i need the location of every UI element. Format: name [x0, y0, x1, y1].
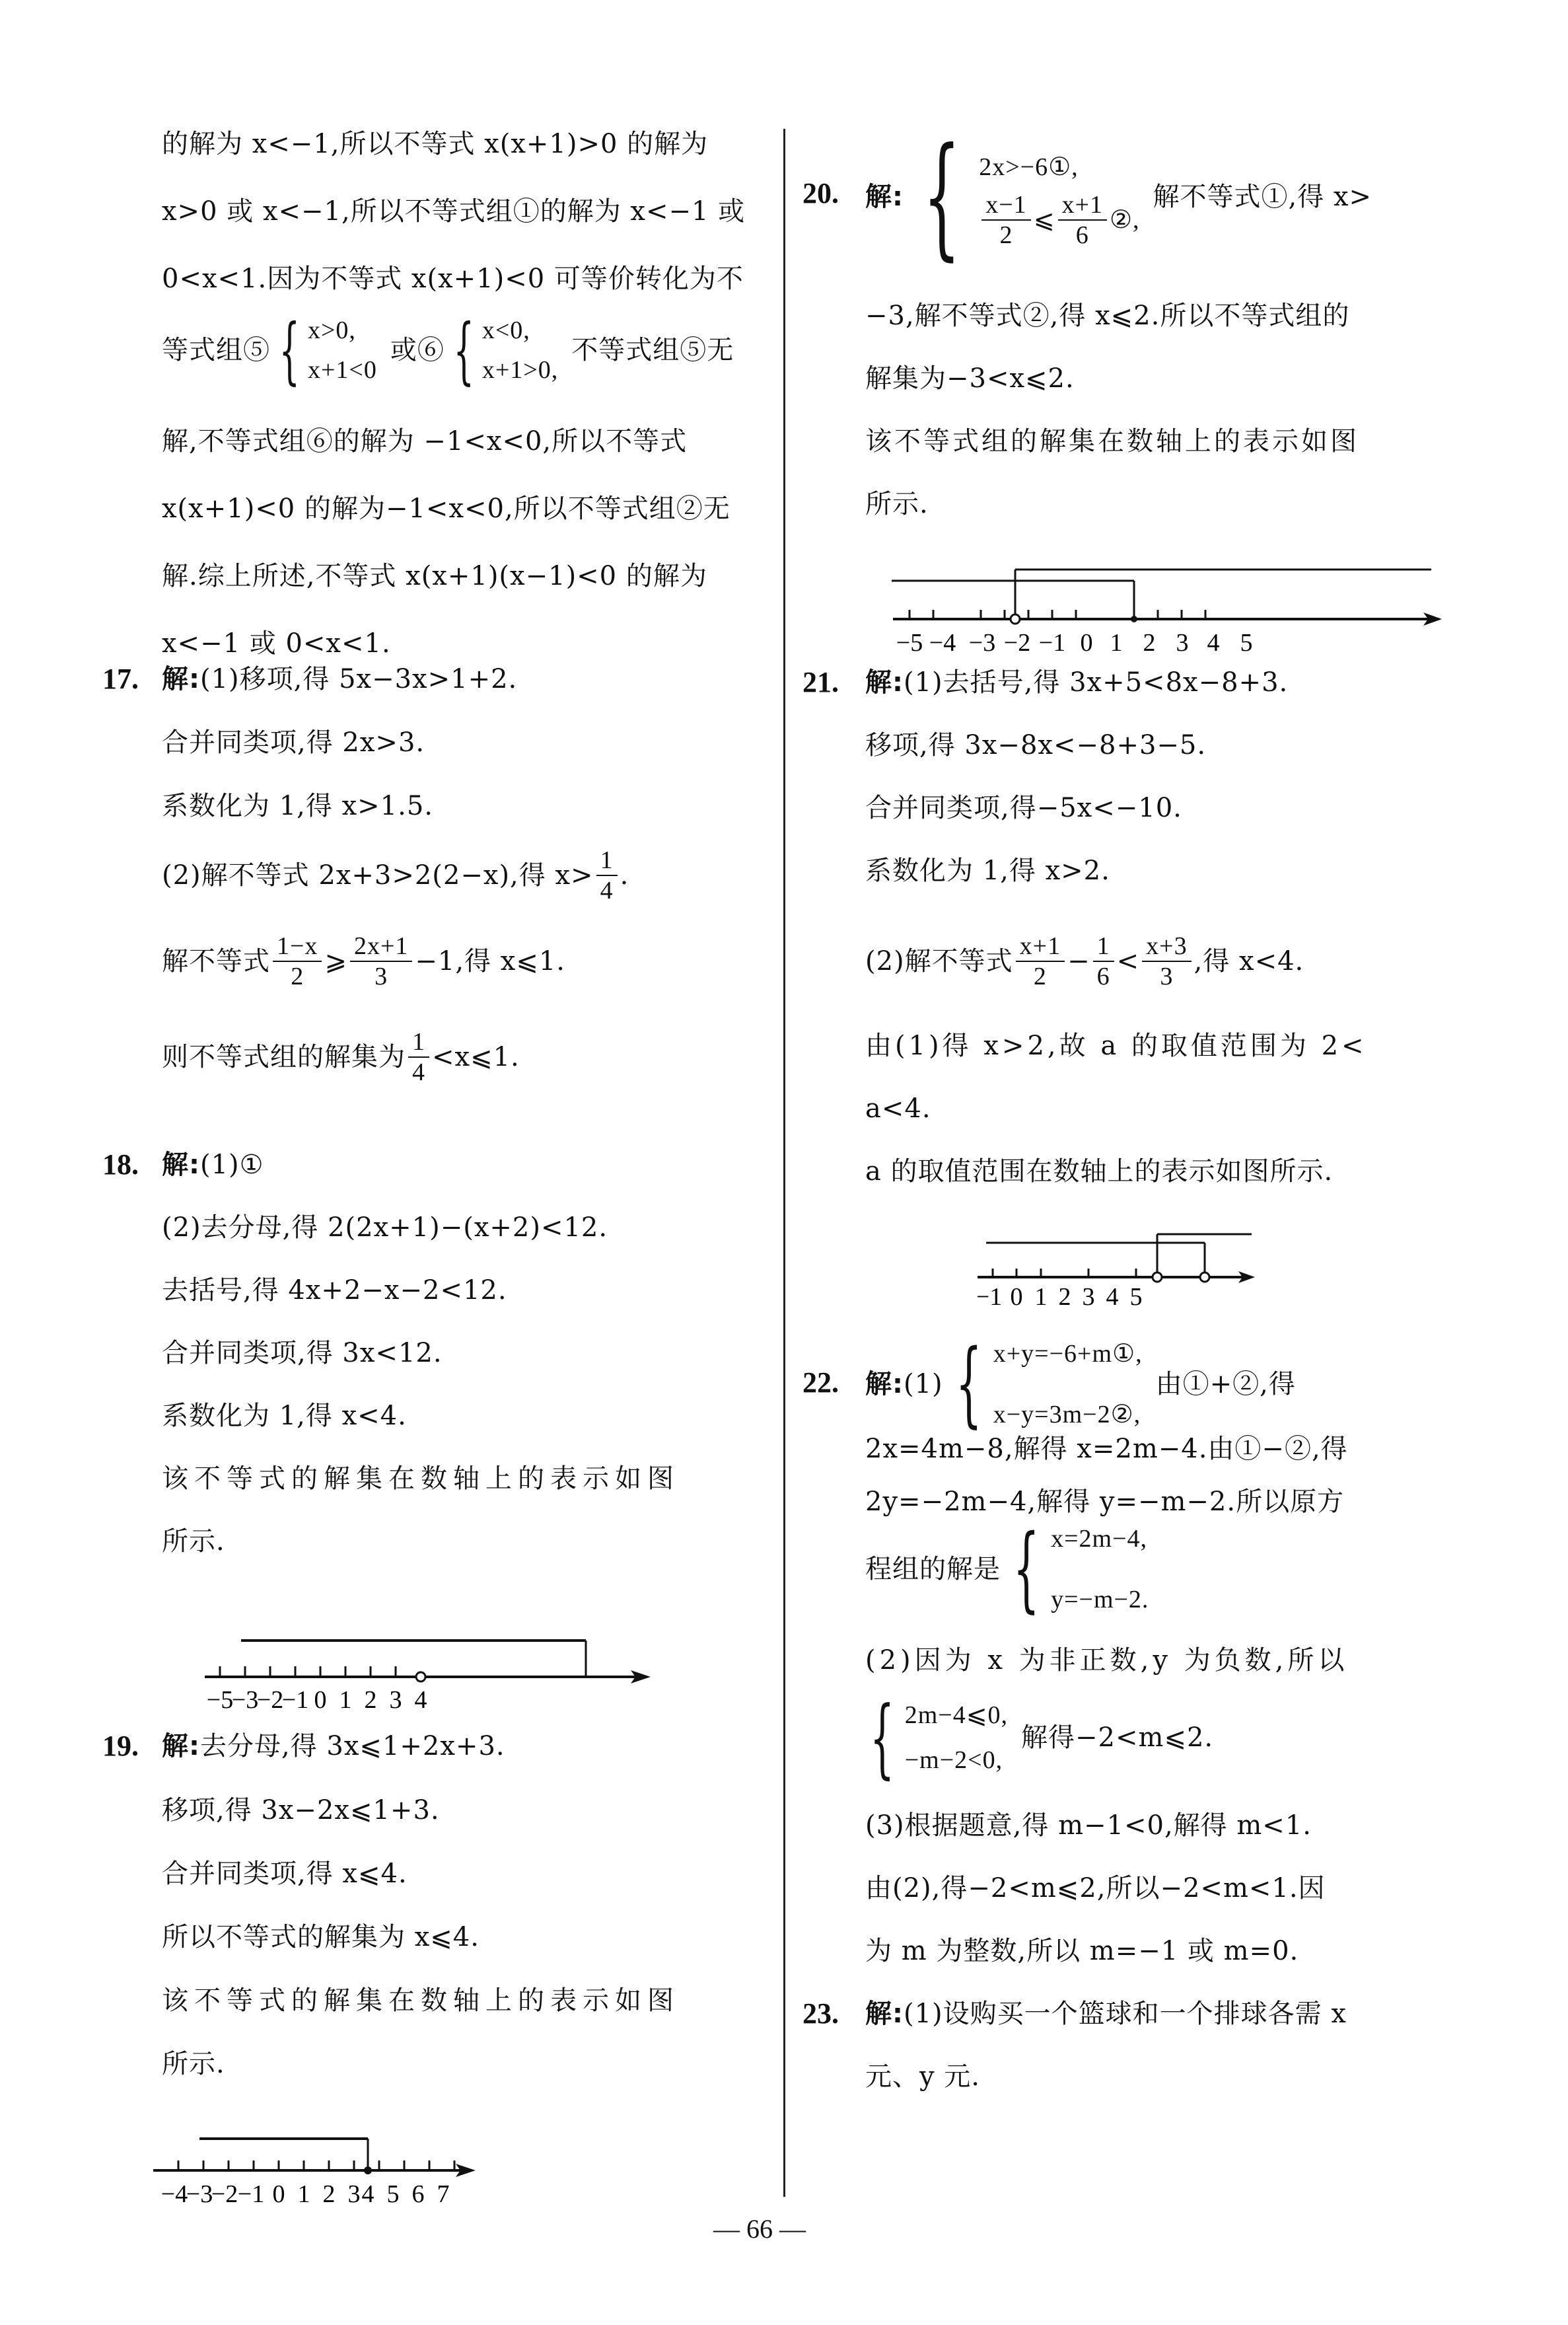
system-line: 等式组⑤ { x>0, x+1<0 或⑥ { x<0, x+1>0, 不等式组⑤… [162, 311, 734, 390]
svg-text:−3: −3 [186, 2180, 213, 2208]
text-fragment: 解不等式①,得 x> [1153, 178, 1372, 215]
denominator: 2 [999, 221, 1013, 250]
text-line: 移项,得 3x−8x<−8+3−5. [865, 727, 1206, 764]
svg-text:−3: −3 [969, 629, 995, 657]
text-line: 该不等式的解集在数轴上的表示如图 [162, 1982, 680, 2019]
text-fragment: (1)去括号,得 3x+5<8x−8+3. [904, 667, 1288, 698]
problem-number: 17. [102, 661, 139, 698]
left-brace-icon: { [1013, 1523, 1040, 1615]
system-row: x+1<0 [308, 350, 377, 390]
equation-system: { x=2m−4, y=−m−2. [1001, 1508, 1149, 1630]
svg-text:3: 3 [1083, 1283, 1095, 1308]
text-fragment: (1)① [200, 1150, 264, 1180]
text-line: (2)解不等式 2x+3>2(2−x),得 x> 14 . [162, 839, 629, 912]
text-line: 移项,得 3x−2x⩽1+3. [162, 1792, 440, 1829]
text-fragment: 解不等式 [162, 943, 270, 980]
text-line: 所以不等式的解集为 x⩽4. [162, 1919, 480, 1956]
svg-text:4: 4 [1207, 629, 1220, 657]
text-fragment: ②, [1110, 197, 1140, 243]
text-fragment: 等式组⑤ [162, 332, 270, 369]
text-line: 由(1)得 x>2,故 a 的取值范围为 2< [865, 1027, 1367, 1064]
svg-text:3: 3 [348, 2180, 361, 2208]
text-line: 为 m 为整数,所以 m=−1 或 m=0. [865, 1933, 1299, 1970]
text-fragment: ,得 x<4. [1194, 943, 1304, 980]
svg-text:−1: −1 [978, 1283, 1002, 1308]
text-line: 解:(1)去括号,得 3x+5<8x−8+3. [865, 664, 1288, 701]
text-fragment: 或⑥ [390, 332, 445, 369]
equation-system: { x+y=−6+m①, x−y=3m−2②, [943, 1323, 1143, 1445]
text-line: 则不等式组的解集为 14 <x⩽1. [162, 1021, 520, 1093]
text-fragment: 则不等式组的解集为 [162, 1039, 406, 1076]
inequality-system: { x<0, x+1>0, [445, 311, 558, 390]
text-line: 元、y 元. [865, 2058, 980, 2095]
text-fragment: −1,得 x⩽1. [415, 943, 565, 980]
fraction: 14 [596, 846, 618, 905]
text-fragment: 程组的解是 [865, 1551, 1001, 1588]
text-fragment: < [1117, 943, 1140, 980]
fraction: x−12 [981, 190, 1030, 250]
text-line: 去括号,得 4x+2−x−2<12. [162, 1272, 507, 1309]
text-fragment: 解得−2<m⩽2. [1021, 1719, 1213, 1756]
denominator: 4 [600, 876, 614, 905]
fraction: x+12 [1016, 932, 1065, 991]
svg-text:5: 5 [1130, 1283, 1143, 1308]
open-point-icon [416, 1672, 425, 1681]
svg-text:2: 2 [365, 1686, 377, 1711]
text-line: 解集为−3<x⩽2. [865, 360, 1075, 397]
page-number: — 66 — [713, 2213, 806, 2244]
numerator: 1 [408, 1027, 429, 1058]
problem-number: 21. [802, 664, 839, 701]
text-line: 由(2),得−2<m⩽2,所以−2<m<1.因 [865, 1870, 1326, 1907]
svg-text:2: 2 [1143, 629, 1156, 657]
text-fragment: 由①+②,得 [1156, 1366, 1296, 1403]
inequality-system: { 2m−4⩽0, −m−2<0, [859, 1693, 1008, 1783]
svg-text:1: 1 [339, 1686, 352, 1711]
text-line: 解,不等式组⑥的解为 −1<x<0,所以不等式 [162, 423, 687, 460]
text-line: 解.综上所述,不等式 x(x+1)(x−1)<0 的解为 [162, 558, 707, 595]
text-line: 的解为 x<−1,所以不等式 x(x+1)>0 的解为 [162, 126, 708, 163]
svg-text:−2: −2 [211, 2180, 238, 2208]
text-fragment: (2)解不等式 2x+3>2(2−x),得 x> [162, 857, 594, 894]
numerator: x+3 [1142, 932, 1191, 962]
svg-text:0: 0 [1011, 1283, 1023, 1308]
svg-text:1: 1 [1110, 629, 1123, 657]
text-line: 解不等式 1−x2 ⩾ 2x+13 −1,得 x⩽1. [162, 925, 565, 998]
problem-number: 23. [802, 1995, 839, 2032]
left-brace-icon: { [923, 131, 961, 263]
system-line: 解: { 2x>−6①, x−12 ⩽ x+16 ②, 解不等式①,得 x> [865, 126, 1372, 268]
left-brace-icon: { [453, 314, 474, 387]
svg-text:−1: −1 [282, 1686, 308, 1711]
numerator: x+1 [1016, 932, 1065, 962]
system-row: −m−2<0, [905, 1738, 1008, 1783]
problem-number: 19. [102, 1728, 139, 1765]
open-point-icon [1200, 1273, 1209, 1282]
svg-text:−2: −2 [1004, 629, 1030, 657]
svg-text:1: 1 [1035, 1283, 1048, 1308]
text-line: 解:(1)移项,得 5x−3x>1+2. [162, 661, 517, 698]
svg-text:5: 5 [387, 2180, 400, 2208]
text-line: 所示. [162, 1523, 225, 1560]
text-line: 合并同类项,得 3x<12. [162, 1335, 443, 1372]
text-line: 该不等式的解集在数轴上的表示如图 [162, 1460, 680, 1497]
fraction: 2x+13 [350, 932, 412, 991]
inequality-system: { 2x>−6①, x−12 ⩽ x+16 ②, [904, 131, 1140, 263]
system-row: 2m−4⩽0, [905, 1693, 1008, 1738]
svg-text:−4: −4 [161, 2180, 188, 2208]
fraction: x+16 [1058, 190, 1107, 250]
text-fragment: 不等式组⑤无 [571, 332, 734, 369]
svg-text:0: 0 [273, 2180, 285, 2208]
problem-number: 20. [802, 175, 839, 212]
svg-text:2: 2 [323, 2180, 336, 2208]
system-row: x=2m−4, [1051, 1508, 1149, 1569]
answer-page: 的解为 x<−1,所以不等式 x(x+1)>0 的解为 x>0 或 x<−1,所… [0, 0, 1568, 2325]
text-line: 合并同类项,得−5x<−10. [865, 790, 1182, 827]
open-point-icon [1153, 1273, 1162, 1282]
closed-point-icon [364, 2166, 372, 2174]
system-row: x>0, [308, 311, 377, 350]
closed-point-icon [1131, 616, 1137, 622]
system-row: x−12 ⩽ x+16 ②, [979, 190, 1139, 250]
left-brace-icon: { [279, 314, 301, 387]
text-line: 该不等式组的解集在数轴上的表示如图 [865, 423, 1359, 460]
inequality-system: { x>0, x+1<0 [270, 311, 377, 390]
denominator: 6 [1097, 962, 1110, 991]
svg-text:4: 4 [362, 2180, 374, 2208]
solve-label: 解: [865, 178, 904, 215]
text-line: 解:(1)① [162, 1146, 264, 1183]
svg-text:−1: −1 [1039, 629, 1065, 657]
svg-text:7: 7 [437, 2180, 450, 2208]
system-row: 2x>−6①, [979, 144, 1139, 190]
text-line: x>0 或 x<−1,所以不等式组①的解为 x<−1 或 [162, 193, 745, 230]
number-line-20: −5−4−3−2 −1012 345 [885, 565, 1466, 657]
text-line: (2)去分母,得 2(2x+1)−(x+2)<12. [162, 1209, 608, 1246]
numerator: 2x+1 [350, 932, 412, 962]
number-line-19: −4−3−2−1 0123 4567 [142, 2124, 789, 2210]
fraction: 16 [1093, 932, 1114, 991]
text-fragment: 去分母,得 3x⩽1+2x+3. [200, 1731, 505, 1761]
text-fragment: <x⩽1. [432, 1039, 520, 1076]
system-row: x+1>0, [482, 350, 558, 390]
svg-text:3: 3 [1176, 629, 1189, 657]
fraction: x+33 [1142, 932, 1191, 991]
solve-label: 解: [162, 1731, 200, 1761]
text-line: 系数化为 1,得 x>1.5. [162, 788, 433, 825]
denominator: 4 [412, 1058, 425, 1087]
svg-text:0: 0 [314, 1686, 327, 1711]
numerator: 1 [1093, 932, 1114, 962]
text-line: 0<x<1.因为不等式 x(x+1)<0 可等价转化为不 [162, 260, 744, 297]
text-line: 系数化为 1,得 x<4. [162, 1397, 407, 1434]
text-line: −3,解不等式②,得 x⩽2.所以不等式组的 [865, 297, 1349, 334]
solve-label: 解: [865, 1366, 904, 1403]
text-line: a 的取值范围在数轴上的表示如图所示. [865, 1153, 1333, 1190]
text-line: 解:(1)设购买一个篮球和一个排球各需 x [865, 1995, 1347, 2032]
text-line: x(x+1)<0 的解为−1<x<0,所以不等式组②无 [162, 490, 731, 527]
solve-label: 解: [865, 1999, 904, 2029]
numerator: 1−x [273, 932, 322, 962]
text-fragment: (1)设购买一个篮球和一个排球各需 x [904, 1999, 1347, 2029]
solve-label: 解: [865, 667, 904, 698]
svg-text:4: 4 [415, 1686, 427, 1711]
text-line: 合并同类项,得 2x>3. [162, 724, 425, 761]
text-fragment: ⩾ [324, 943, 347, 980]
svg-text:0: 0 [1081, 629, 1093, 657]
svg-text:−3: −3 [232, 1686, 258, 1711]
open-point-icon [1011, 614, 1020, 624]
denominator: 6 [1076, 221, 1089, 250]
numerator: 1 [596, 846, 618, 876]
svg-text:2: 2 [1059, 1283, 1071, 1308]
problem-number: 18. [102, 1146, 139, 1183]
denominator: 3 [1160, 962, 1173, 991]
text-line: (2)解不等式 x+12 − 16 < x+33 ,得 x<4. [865, 925, 1304, 998]
text-line: 合并同类项,得 x⩽4. [162, 1855, 408, 1892]
svg-text:−1: −1 [238, 2180, 264, 2208]
svg-text:3: 3 [390, 1686, 402, 1711]
svg-text:5: 5 [1240, 629, 1253, 657]
denominator: 3 [374, 962, 388, 991]
numerator: x+1 [1058, 190, 1107, 221]
text-line: 所示. [865, 486, 929, 523]
column-divider [783, 129, 785, 2197]
number-line-18: −5−3−2−1 01234 [165, 1625, 680, 1711]
text-line: (2)因为 x 为非正数,y 为负数,所以 [865, 1642, 1348, 1679]
system-row: x<0, [482, 311, 558, 350]
svg-text:−5: −5 [207, 1686, 233, 1711]
svg-text:−4: −4 [929, 629, 956, 657]
fraction: 14 [408, 1027, 429, 1087]
system-row: x+y=−6+m①, [993, 1323, 1143, 1384]
text-line: 2x=4m−8,解得 x=2m−4.由①−②,得 [865, 1430, 1348, 1467]
text-line: 所示. [162, 2046, 225, 2083]
text-line: 解:去分母,得 3x⩽1+2x+3. [162, 1728, 505, 1765]
numerator: x−1 [981, 190, 1030, 221]
svg-text:−2: −2 [257, 1686, 283, 1711]
text-fragment: − [1067, 943, 1090, 980]
text-line: x<−1 或 0<x<1. [162, 625, 391, 662]
text-fragment: (2)解不等式 [865, 943, 1013, 980]
system-line: 程组的解是 { x=2m−4, y=−m−2. [865, 1520, 1149, 1619]
system-line: 解: (1) { x+y=−6+m①, x−y=3m−2②, 由①+②,得 [865, 1335, 1296, 1434]
system-line: { 2m−4⩽0, −m−2<0, 解得−2<m⩽2. [859, 1695, 1213, 1781]
denominator: 2 [1034, 962, 1047, 991]
left-brace-icon: { [870, 1695, 895, 1781]
text-line: (3)根据题意,得 m−1<0,解得 m<1. [865, 1807, 1312, 1844]
svg-text:1: 1 [298, 2180, 310, 2208]
problem-number: 22. [802, 1364, 839, 1401]
svg-text:4: 4 [1106, 1283, 1119, 1308]
text-fragment: (1) [904, 1366, 943, 1403]
system-row: y=−m−2. [1051, 1569, 1149, 1630]
left-brace-icon: { [955, 1338, 982, 1430]
fraction: 1−x2 [273, 932, 322, 991]
text-fragment: ⩽ [1034, 197, 1055, 243]
svg-text:−5: −5 [896, 629, 923, 657]
number-line-21: −101 2345 [978, 1229, 1361, 1308]
svg-text:6: 6 [412, 2180, 425, 2208]
solve-label: 解: [162, 1150, 200, 1180]
text-fragment: . [620, 857, 629, 894]
text-line: 系数化为 1,得 x>2. [865, 852, 1110, 889]
text-line: a<4. [865, 1090, 931, 1127]
solve-label: 解: [162, 664, 200, 694]
denominator: 2 [291, 962, 304, 991]
text-fragment: (1)移项,得 5x−3x>1+2. [200, 664, 517, 694]
